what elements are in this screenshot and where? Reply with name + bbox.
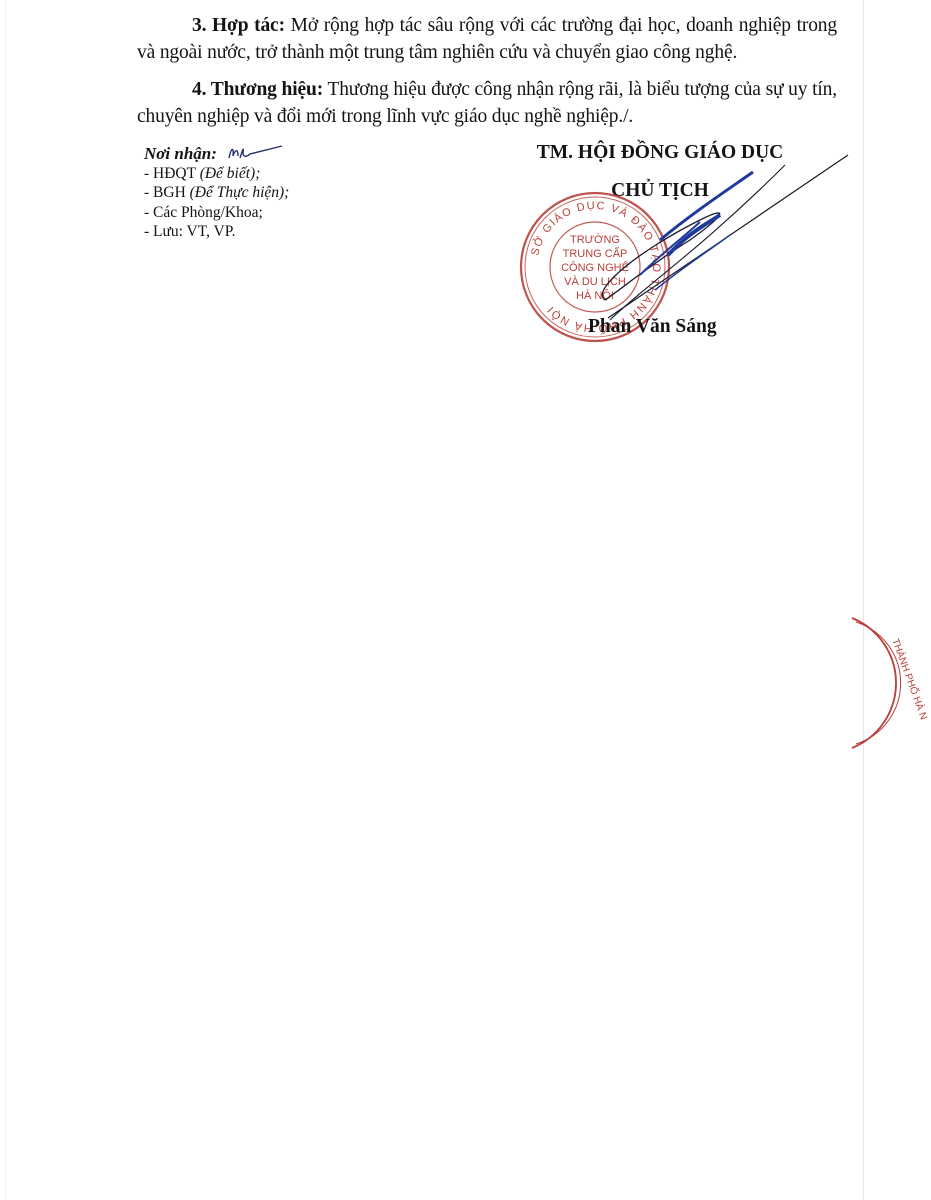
partial-seal-edge-icon: THÀNH PHỐ HÀ N — [840, 600, 931, 770]
paragraph-heading: 3. Hợp tác: — [192, 15, 285, 36]
recipient-name: - Các Phòng/Khoa; — [144, 204, 263, 221]
page-edge-left — [5, 0, 6, 1200]
recipient-name: - Lưu: VT, VP. — [144, 223, 236, 240]
svg-text:TRƯỜNG: TRƯỜNG — [570, 233, 620, 246]
initials-signature-icon — [226, 140, 286, 164]
svg-text:CÔNG NGHỆ: CÔNG NGHỆ — [561, 261, 629, 274]
signer-organization: TM. HỘI ĐỒNG GIÁO DỤC — [490, 140, 830, 166]
recipient-item: - Các Phòng/Khoa; — [144, 203, 289, 223]
paragraph-brand: 4. Thương hiệu: Thương hiệu được công nh… — [137, 76, 837, 130]
recipient-name: - HĐQT — [144, 165, 200, 182]
paragraph-cooperation: 3. Hợp tác: Mở rộng hợp tác sâu rộng với… — [137, 12, 837, 66]
recipient-item: - BGH (Để Thực hiện); — [144, 183, 289, 203]
paragraph-heading: 4. Thương hiệu: — [192, 79, 323, 100]
recipient-item: - Lưu: VT, VP. — [144, 222, 289, 242]
recipient-item: - HĐQT (Để biết); — [144, 164, 289, 184]
signer-name: Phan Văn Sáng — [588, 316, 717, 338]
recipient-note: (Để Thực hiện); — [190, 184, 290, 201]
svg-text:HÀ NỘI: HÀ NỘI — [576, 289, 614, 302]
svg-text:TRUNG CẤP: TRUNG CẤP — [563, 247, 628, 260]
recipient-name: - BGH — [144, 184, 190, 201]
svg-text:VÀ DU LỊCH: VÀ DU LỊCH — [564, 275, 626, 288]
recipient-note: (Để biết); — [200, 165, 261, 182]
